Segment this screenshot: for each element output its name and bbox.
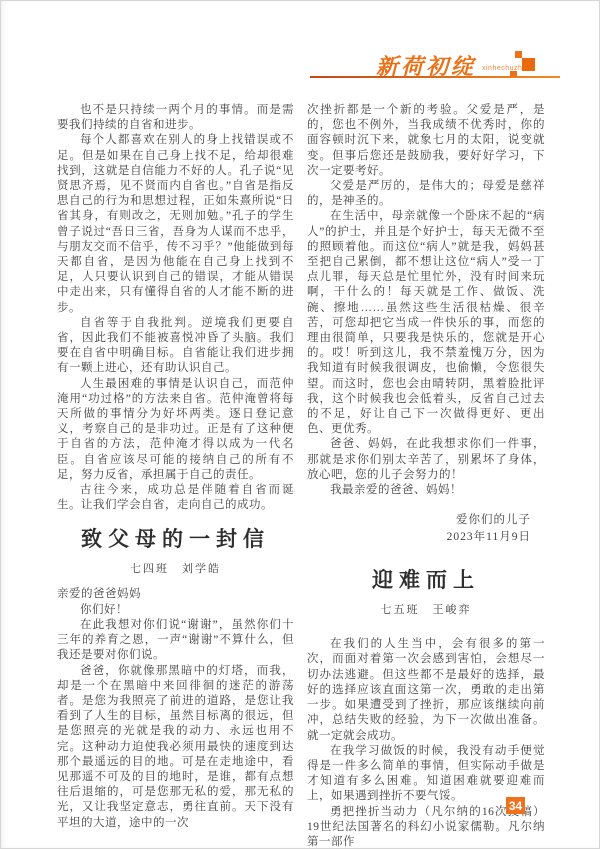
- paragraph: 在我学习做饭的时候，我没有动手便觉得是一件多么简单的事情，但实际动手做是才知道有…: [307, 744, 545, 805]
- paragraph: 在我们的人生当中，会有很多的第一次，而面对着第一次会感到害怕，会想尽一切办法逃避…: [307, 637, 545, 743]
- article-byline: 七四班 刘学皓: [57, 560, 294, 576]
- paragraph: 在此我想对你们说“谢谢”，虽然你们十三年的养育之恩，一声“谢谢”不算什么，但我还…: [57, 618, 294, 664]
- paragraph: 爸爸，你就像那黑暗中的灯塔，而我，却是一个在黑暗中来回徘徊的迷茫的游荡者。是您为…: [57, 664, 294, 831]
- paragraph: 爸爸、妈妈，在此我想求你们一件事，那就是求你们别太辛苦了，别累坏了身体，放心吧，…: [307, 437, 545, 483]
- left-column: 也不是只持续一两个月的事情。而是需要我们持续的自省和进步。 每个人都喜欢在别人的…: [57, 103, 294, 831]
- letter-signoff: 爱你们的儿子: [307, 512, 531, 529]
- right-column: 次挫折都是一个新的考验。父爱是严，是的，您也不例外，当我成绩不优秀时，你的面容顿…: [307, 103, 545, 849]
- paragraph: 人生最困难的事情是认识自己，而范仲淹用“功过格”的方法来自省。范仲淹曾将每天所做…: [57, 377, 294, 483]
- article-title-letter: 致父母的一封信: [57, 523, 294, 553]
- paragraph: 我最亲爱的爸爸、妈妈！: [307, 483, 545, 498]
- paragraph: 每个人都喜欢在别人的身上找错误或不足。但是如果在自己身上找不足，给却很难找到，这…: [57, 133, 294, 315]
- paragraph: 父爱是严厉的，是伟大的；母爱是慈祥的，是神圣的。: [307, 179, 545, 209]
- magazine-page: 新荷初绽 xinhechuzhan 也不是只持续一两个月的事情。而是需要我们持续…: [0, 0, 600, 849]
- article-byline: 七五班 王峻弈: [307, 601, 545, 617]
- paragraph: 自省等于自我批判。逆境我们更要自省，因此我们不能被喜悦冲昏了头脑。我们要在自省中…: [57, 316, 294, 377]
- paragraph: 次挫折都是一个新的考验。父爱是严，是的，您也不例外，当我成绩不优秀时，你的面容顿…: [307, 103, 545, 179]
- pixel-square: [522, 58, 535, 71]
- page-number-badge: 34: [506, 797, 525, 814]
- letter-greeting: 你们好！: [57, 603, 294, 618]
- pixel-blocks-logo-icon: [510, 51, 536, 79]
- letter-date: 2023年11月9日: [307, 529, 531, 546]
- article-title-courage: 迎难而上: [307, 564, 545, 594]
- paragraph: 在生活中，母亲就像一个卧床不起的“病人”的护士，并且是个好护士，每天无微不至的照…: [307, 209, 545, 437]
- pixel-square: [515, 51, 522, 58]
- paragraph: 也不是只持续一两个月的事情。而是需要我们持续的自省和进步。: [57, 103, 294, 133]
- letter-signoff-block: 爱你们的儿子 2023年11月9日: [307, 512, 545, 546]
- paragraph: 古往今来，成功总是伴随着自省而诞生。让我们学会自省，走向自己的成功。: [57, 483, 294, 513]
- masthead-rule: [310, 76, 560, 78]
- letter-salutation: 亲爱的爸爸妈妈: [57, 587, 294, 602]
